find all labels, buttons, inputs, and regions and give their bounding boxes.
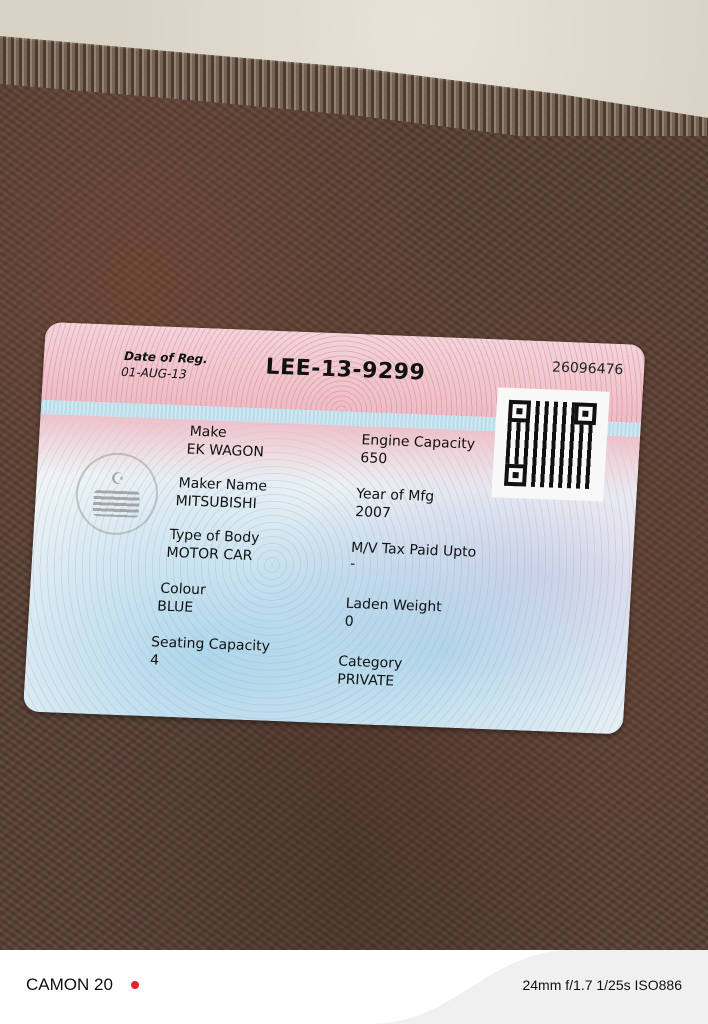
make-label: Make [189,424,227,441]
colour-value: BLUE [157,598,194,615]
red-dot-icon [131,981,139,989]
reg-date-value: 01-AUG-13 [121,365,187,381]
colour-label: Colour [160,581,206,599]
photo: ☪ Date of Reg. 01-AUG-13 LEE-13-9299 260… [0,0,708,950]
category-value: PRIVATE [337,671,395,689]
waves-icon [93,490,141,518]
qr-code-icon [491,387,609,501]
device-name: CAMON 20 [26,975,113,995]
qr-finder [574,402,597,425]
year-of-mfg-label: Year of Mfg [356,486,435,505]
exif-info: 24mm f/1.7 1/25s ISO886 [522,977,682,993]
type-of-body-value: MOTOR CAR [166,545,253,564]
laden-weight-value: 0 [344,614,354,630]
qr-finder [508,400,531,423]
seating-capacity-label: Seating Capacity [151,634,271,655]
crescent-icon: ☪ [110,471,125,488]
vehicle-registration-card: ☪ Date of Reg. 01-AUG-13 LEE-13-9299 260… [23,322,646,734]
tax-paid-upto-label: M/V Tax Paid Upto [351,540,477,561]
engine-capacity-value: 650 [360,450,388,467]
qr-finder [504,464,527,487]
serial-number: 26096476 [552,359,624,378]
qr-pattern [504,400,597,489]
year-of-mfg-value: 2007 [355,504,392,521]
seating-capacity-value: 4 [150,652,160,668]
tax-paid-upto-value: - [350,556,356,572]
make-value: EK WAGON [186,442,264,461]
maker-name-value: MITSUBISHI [175,493,257,512]
maker-name-label: Maker Name [178,475,267,494]
type-of-body-label: Type of Body [169,527,260,546]
laden-weight-label: Laden Weight [345,596,442,616]
category-label: Category [338,653,403,671]
camera-watermark-bar: CAMON 20 24mm f/1.7 1/25s ISO886 [0,950,708,1024]
